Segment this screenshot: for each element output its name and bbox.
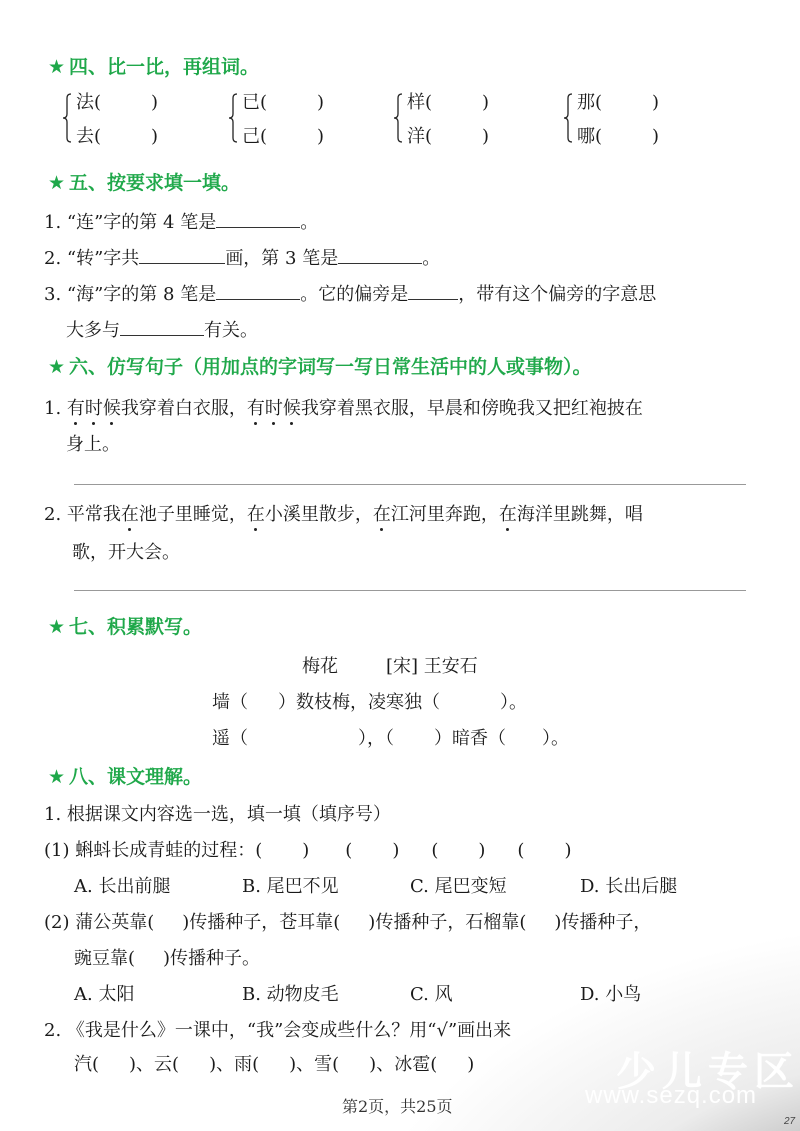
corner-mark: 27 bbox=[784, 1116, 795, 1127]
s8-question-2-options: 汽()、云()、雨()、雪()、冰雹() bbox=[74, 1050, 474, 1076]
section-5-heading: ★五、按要求填一填。 bbox=[48, 168, 240, 195]
s8-sub1-option-d: D. 长出后腿 bbox=[580, 872, 677, 898]
answer-line-2[interactable] bbox=[74, 590, 746, 591]
s8-sub2-option-b: B. 动物皮毛 bbox=[242, 980, 339, 1006]
s8-sub1-option-c: C. 尾巴变短 bbox=[410, 872, 507, 898]
poem-line-1: 墙（）数枝梅，凌寒独（）。 bbox=[212, 688, 527, 714]
blank-field[interactable] bbox=[139, 247, 225, 264]
s5-question-3-cont: 大多与有关。 bbox=[66, 316, 258, 342]
s5-question-1: 1. “连”字的第 4 笔是。 bbox=[44, 208, 318, 234]
blank-field[interactable] bbox=[216, 211, 300, 228]
s8-question-2: 2. 《我是什么》一课中，“我”会变成些什么？用“√”画出来 bbox=[44, 1016, 511, 1042]
compare-group-4: 那() 哪() bbox=[563, 88, 683, 152]
compare-group-1: 法() 去() bbox=[62, 88, 182, 152]
poem-title: 梅花 bbox=[302, 652, 338, 678]
brace-icon bbox=[228, 92, 238, 144]
s8-sub2-option-d: D. 小鸟 bbox=[580, 980, 641, 1006]
s6-sentence-1: 1. 有时候我穿着白衣服，有时候我穿着黑衣服，早晨和傍晚我又把红袍披在 bbox=[44, 394, 643, 420]
page-number: 第2页，共25页 bbox=[342, 1094, 453, 1117]
section-8-heading: ★八、课文理解。 bbox=[48, 762, 202, 789]
answer-line-1[interactable] bbox=[74, 484, 746, 485]
s5-question-2: 2. “转”字共画，第 3 笔是。 bbox=[44, 244, 440, 270]
blank-field[interactable] bbox=[408, 283, 458, 300]
s8-sub-1: (1) 蝌蚪长成青蛙的过程：()()()() bbox=[44, 836, 571, 862]
section-6-heading: ★六、仿写句子（用加点的字词写一写日常生活中的人或事物）。 bbox=[48, 352, 592, 379]
s5-question-3: 3. “海”字的第 8 笔是。它的偏旁是，带有这个偏旁的字意思 bbox=[44, 280, 656, 306]
blank-field[interactable] bbox=[338, 247, 422, 264]
s8-sub-2: (2) 蒲公英靠()传播种子，苍耳靠()传播种子，石榴靠()传播种子， bbox=[44, 908, 651, 934]
s8-sub1-option-b: B. 尾巴不见 bbox=[242, 872, 339, 898]
watermark-url: www.sezq.com bbox=[585, 1082, 757, 1110]
star-icon: ★ bbox=[48, 616, 65, 638]
star-icon: ★ bbox=[48, 56, 65, 78]
section-4-heading: ★四、比一比，再组词。 bbox=[48, 52, 259, 79]
section-7-heading: ★七、积累默写。 bbox=[48, 612, 202, 639]
poem-line-2: 遥（），（）暗香（）。 bbox=[212, 724, 569, 750]
brace-icon bbox=[393, 92, 403, 144]
brace-icon bbox=[62, 92, 72, 144]
s8-question-1: 1. 根据课文内容选一选，填一填（填序号） bbox=[44, 800, 391, 826]
s6-sentence-1-cont: 身上。 bbox=[66, 430, 120, 456]
star-icon: ★ bbox=[48, 766, 65, 788]
s6-sentence-2-cont: 歌，开大会。 bbox=[72, 538, 180, 564]
s8-sub2-option-c: C. 风 bbox=[410, 980, 453, 1006]
poem-author: [宋] 王安石 bbox=[386, 652, 478, 678]
s6-sentence-2: 2. 平常我在池子里睡觉，在小溪里散步，在江河里奔跑，在海洋里跳舞，唱 bbox=[44, 500, 643, 526]
s8-sub2-option-a: A. 太阳 bbox=[74, 980, 134, 1006]
compare-group-2: 已() 己() bbox=[228, 88, 348, 152]
brace-icon bbox=[563, 92, 573, 144]
s8-sub1-option-a: A. 长出前腿 bbox=[74, 872, 170, 898]
blank-field[interactable] bbox=[120, 319, 204, 336]
star-icon: ★ bbox=[48, 172, 65, 194]
s8-sub-2-cont: 豌豆靠()传播种子。 bbox=[74, 944, 260, 970]
compare-group-3: 样() 洋() bbox=[393, 88, 513, 152]
star-icon: ★ bbox=[48, 356, 65, 378]
blank-field[interactable] bbox=[216, 283, 300, 300]
